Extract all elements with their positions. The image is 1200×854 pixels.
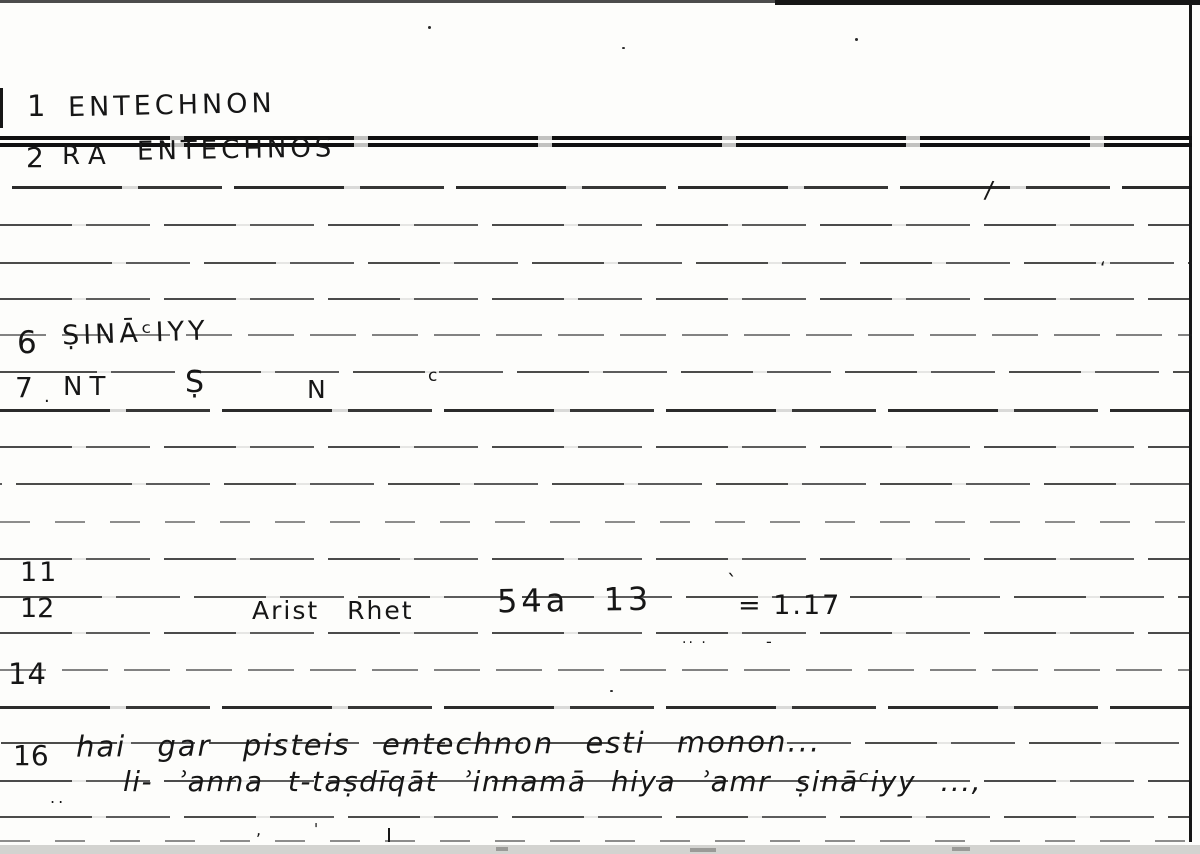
stray-dash-mid: -	[766, 634, 772, 650]
citation-arist-rhet: Arist Rhet	[252, 598, 414, 623]
ruled-line	[0, 816, 1192, 818]
index-card-scan: 1 ENTECHNON 2 RA ENTECHNOS / ʻ 6 ṢINĀᶜIY…	[0, 0, 1200, 854]
root-letter-sad: Ṣ	[185, 368, 204, 398]
ruled-line	[0, 409, 1192, 412]
line-number-2: 2	[26, 144, 44, 172]
arabic-quotation: li- ʾanna t-taṣdīqāt ʾinnamā hiya ʾamr ṣ…	[123, 768, 982, 796]
scan-speck	[622, 47, 625, 49]
ruled-line	[0, 521, 1192, 523]
line-number-16: 16	[13, 742, 49, 770]
scan-smudge	[496, 847, 508, 851]
scan-smudge	[952, 847, 970, 851]
headword-greek-entechnos: ENTECHNOS	[137, 135, 336, 164]
scan-speck	[610, 690, 613, 692]
citation-ref-1-17: = 1.17	[738, 592, 841, 619]
line-number-7: 7	[15, 374, 33, 402]
right-edge	[1189, 3, 1192, 842]
dot-after-7: .	[44, 388, 50, 406]
stray-apostrophe-mark: ʻ	[1100, 260, 1106, 278]
citation-locus-54a13: 54a 13	[497, 583, 653, 618]
stray-slash-mark: /	[983, 178, 994, 203]
ruled-line	[0, 262, 1192, 264]
ruled-line	[0, 224, 1192, 226]
ruled-line	[0, 669, 1192, 671]
scan-bottom-band	[0, 845, 1200, 854]
ruled-line	[12, 186, 1192, 189]
ruled-line	[0, 840, 1192, 842]
left-edge-tick	[0, 88, 3, 128]
greek-quotation: hai gar pisteis entechnon esti monon...	[76, 727, 821, 761]
scan-smudge	[690, 848, 716, 852]
stray-dots-mid: ·· ·	[682, 636, 708, 650]
root-letter-ayn-superscript: c	[428, 368, 437, 385]
ruled-line	[0, 632, 1192, 634]
stray-comma-bottom: ,	[256, 822, 261, 838]
ruled-line	[0, 706, 1192, 709]
scan-speck	[428, 26, 431, 29]
ruled-line	[0, 298, 1192, 300]
line-number-6: 6	[17, 328, 37, 359]
root-letter-n: N	[307, 377, 326, 402]
top-edge-left	[0, 0, 775, 3]
line-number-1: 1	[27, 92, 45, 121]
stray-dots-bottom-left: ..	[50, 790, 66, 806]
top-edge-right	[775, 0, 1200, 5]
headword-greek-entechnon: ENTECHNON	[68, 90, 276, 121]
source-abbr-ra: RA	[62, 143, 115, 169]
line-number-11: 11	[20, 559, 58, 586]
root-letters-nt: NT	[63, 374, 112, 400]
line-number-12: 12	[20, 595, 54, 622]
stray-tick-bottom: '	[314, 822, 318, 837]
ruled-line	[0, 371, 1192, 373]
scan-speck	[855, 38, 858, 41]
line-number-14: 14	[8, 660, 47, 689]
ruled-line	[0, 483, 1192, 485]
headword-arabic-sinaiyy: ṢINĀᶜIYY	[62, 317, 210, 349]
stray-accent-mark: ˋ	[727, 572, 737, 592]
ruled-line	[0, 446, 1192, 448]
stray-vertical-tick	[388, 828, 390, 842]
ruled-line	[0, 558, 1192, 560]
